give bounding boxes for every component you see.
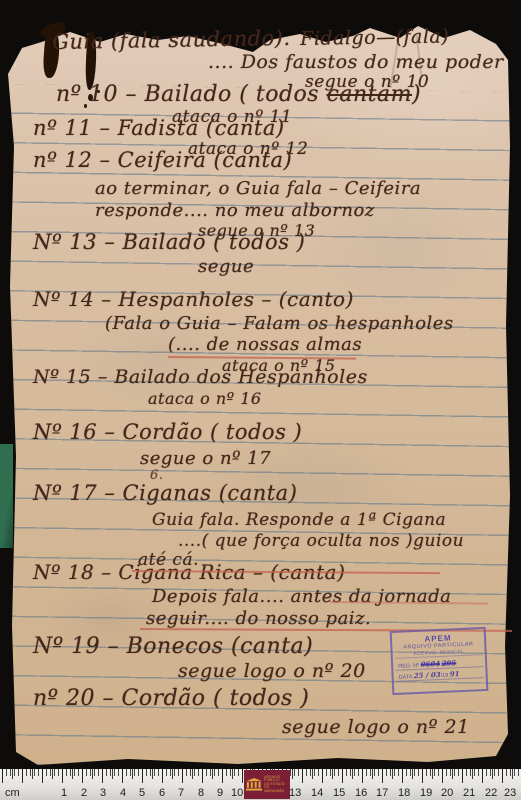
line-cue-16: ataca o nº 16	[148, 389, 262, 408]
archive-logo-text: ARQUIVO PÚBLICO DO ESTADO DO MARANHÃO	[264, 776, 288, 794]
struck-word: cantam	[327, 82, 412, 107]
ruler-number: 7	[178, 787, 184, 799]
line-cue-21: segue logo o nº 21	[282, 716, 470, 738]
line-note-12a: ao terminar, o Guia fala – Ceifeira	[95, 178, 421, 199]
line-entry-17: Nº 17 – Ciganas (canta)	[33, 481, 297, 505]
line-entry-13: Nº 13 – Bailado ( todos )	[33, 230, 305, 254]
line-note-17b: ....( que força oculta nos )guiou	[178, 531, 464, 551]
ruler-number: 23	[504, 787, 516, 799]
ruler-number: 10	[231, 787, 243, 799]
line-entry-19: Nº 19 – Bonecos (canta)	[33, 634, 313, 659]
ruler-number: 4	[120, 787, 126, 799]
line-note-12b: responde.... no meu albornoz	[95, 200, 375, 221]
archive-stamp: APEM ARQUIVO PARTICULAR ACERVO: MUSICAL …	[390, 627, 489, 695]
ruler-number: 6	[159, 787, 165, 799]
ruler-number: 13	[289, 787, 301, 799]
ruler-number: 9	[217, 787, 223, 799]
line-verse: .... Dos faustos do meu poder	[208, 51, 504, 73]
ruler-number: 5	[139, 787, 145, 799]
ruler-number: 17	[376, 787, 388, 799]
line-opening-fidalgo: Fidalgo—(fala)	[300, 25, 449, 50]
line-cue-17: segue o nº 17	[140, 448, 271, 469]
ruler-number: 21	[463, 787, 475, 799]
line-cue-13b: segue	[198, 256, 254, 277]
ruler-number: 1	[61, 787, 67, 799]
ruler-number: 8	[198, 787, 204, 799]
line-note-18a: Depois fala.... antes da jornada	[152, 586, 451, 607]
stamp-reg-number-old: 0604	[420, 658, 440, 668]
ruler-number: 14	[311, 787, 323, 799]
line-entry-20: nº 20 – Cordão ( todos )	[33, 686, 309, 711]
line-entry-16: Nº 16 – Cordão ( todos )	[33, 420, 302, 444]
scanned-document-page: Guia (fala saudando). Fidalgo—(fala) ...…	[0, 0, 521, 800]
green-backing-notch	[0, 444, 13, 548]
line-opening-guia: Guia (fala saudando).	[52, 26, 291, 54]
line-entry-14: Nº 14 – Hespanholes – (canto)	[33, 287, 354, 311]
line-entry-11: nº 11 – Fadista (canta)	[33, 116, 285, 140]
stamp-reg-number-new: 295	[441, 658, 456, 668]
measurement-ruler: cm 1 2 3 4 5 6 7 8 9 10 13 14 15 16 17 1…	[0, 769, 521, 800]
ruler-number: 18	[398, 787, 410, 799]
ruler-number: 19	[420, 787, 432, 799]
stamp-date-row: DATA 25 / 03/19 91	[395, 667, 483, 682]
line-entry-10: nº 10 – Bailado ( todos cantam)	[56, 82, 421, 107]
line-note-17a: Guia fala. Responde a 1ª Cigana	[152, 510, 446, 530]
line-note-18b: seguir.... do nosso paiz.	[146, 608, 371, 629]
archive-building-icon	[246, 777, 262, 792]
line-cue-20: segue logo o nº 20	[178, 660, 366, 682]
line-entry-12: nº 12 – Ceifeira (canta)	[33, 148, 292, 172]
ruler-number: 15	[333, 787, 345, 799]
archive-logo-block: ARQUIVO PÚBLICO DO ESTADO DO MARANHÃO	[244, 770, 290, 799]
ruler-number: 20	[441, 787, 453, 799]
ruler-number: 22	[485, 787, 497, 799]
ruler-number: 16	[355, 787, 367, 799]
line-note-14a: (Fala o Guia – Falam os hespanholes	[105, 313, 454, 334]
ruler-number: 2	[81, 787, 87, 799]
line-note-14b: (.... de nossas almas	[168, 334, 362, 355]
stamp-date-year: 91	[450, 669, 460, 678]
ruler-unit-label: cm	[5, 787, 20, 799]
line-entry-15: Nº 15 – Bailado dos Hespanholes	[33, 366, 368, 388]
ruler-number: 3	[100, 787, 106, 799]
stamp-date-value: 25 / 03	[414, 670, 441, 680]
